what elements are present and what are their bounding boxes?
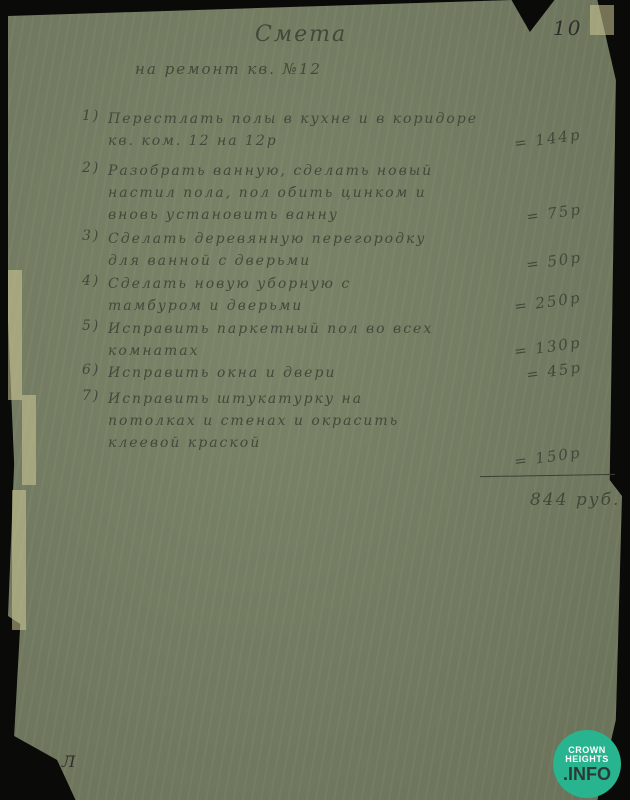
tape-strip (12, 490, 26, 630)
item-number: 3) (82, 228, 100, 244)
item-number: 2) (82, 160, 100, 176)
tape-strip (590, 5, 614, 35)
document-title: Смета (255, 22, 347, 47)
document-subtitle: на ремонт кв. №12 (135, 60, 322, 78)
item-description: Разобрать ванную, сделать новый настил п… (108, 160, 538, 226)
item-description: Сделать деревянную перегородку для ванно… (108, 228, 538, 272)
crownheights-logo: CROWN HEIGHTS .INFO (553, 730, 621, 798)
item-description: Исправить паркетный пол во всех комнатах (108, 318, 538, 362)
page-number: 10 (553, 16, 582, 40)
estimate-total: 844 руб. (530, 490, 620, 510)
item-description: Исправить окна и двери (108, 362, 538, 384)
item-number: 4) (82, 273, 100, 289)
tape-strip (22, 395, 36, 485)
logo-line-2: HEIGHTS (565, 755, 609, 764)
item-description: Исправить штукатурку на потолках и стена… (108, 388, 538, 454)
item-description: Сделать новую уборную с тамбуром и дверь… (108, 273, 538, 317)
item-number: 6) (82, 362, 100, 378)
item-number: 7) (82, 388, 100, 404)
tape-strip (8, 270, 22, 400)
corner-mark: Л (62, 752, 77, 771)
logo-line-3: .INFO (563, 765, 611, 783)
item-description: Перестлать полы в кухне и в коридоре кв.… (108, 108, 538, 152)
item-number: 1) (82, 108, 100, 124)
item-number: 5) (82, 318, 100, 334)
